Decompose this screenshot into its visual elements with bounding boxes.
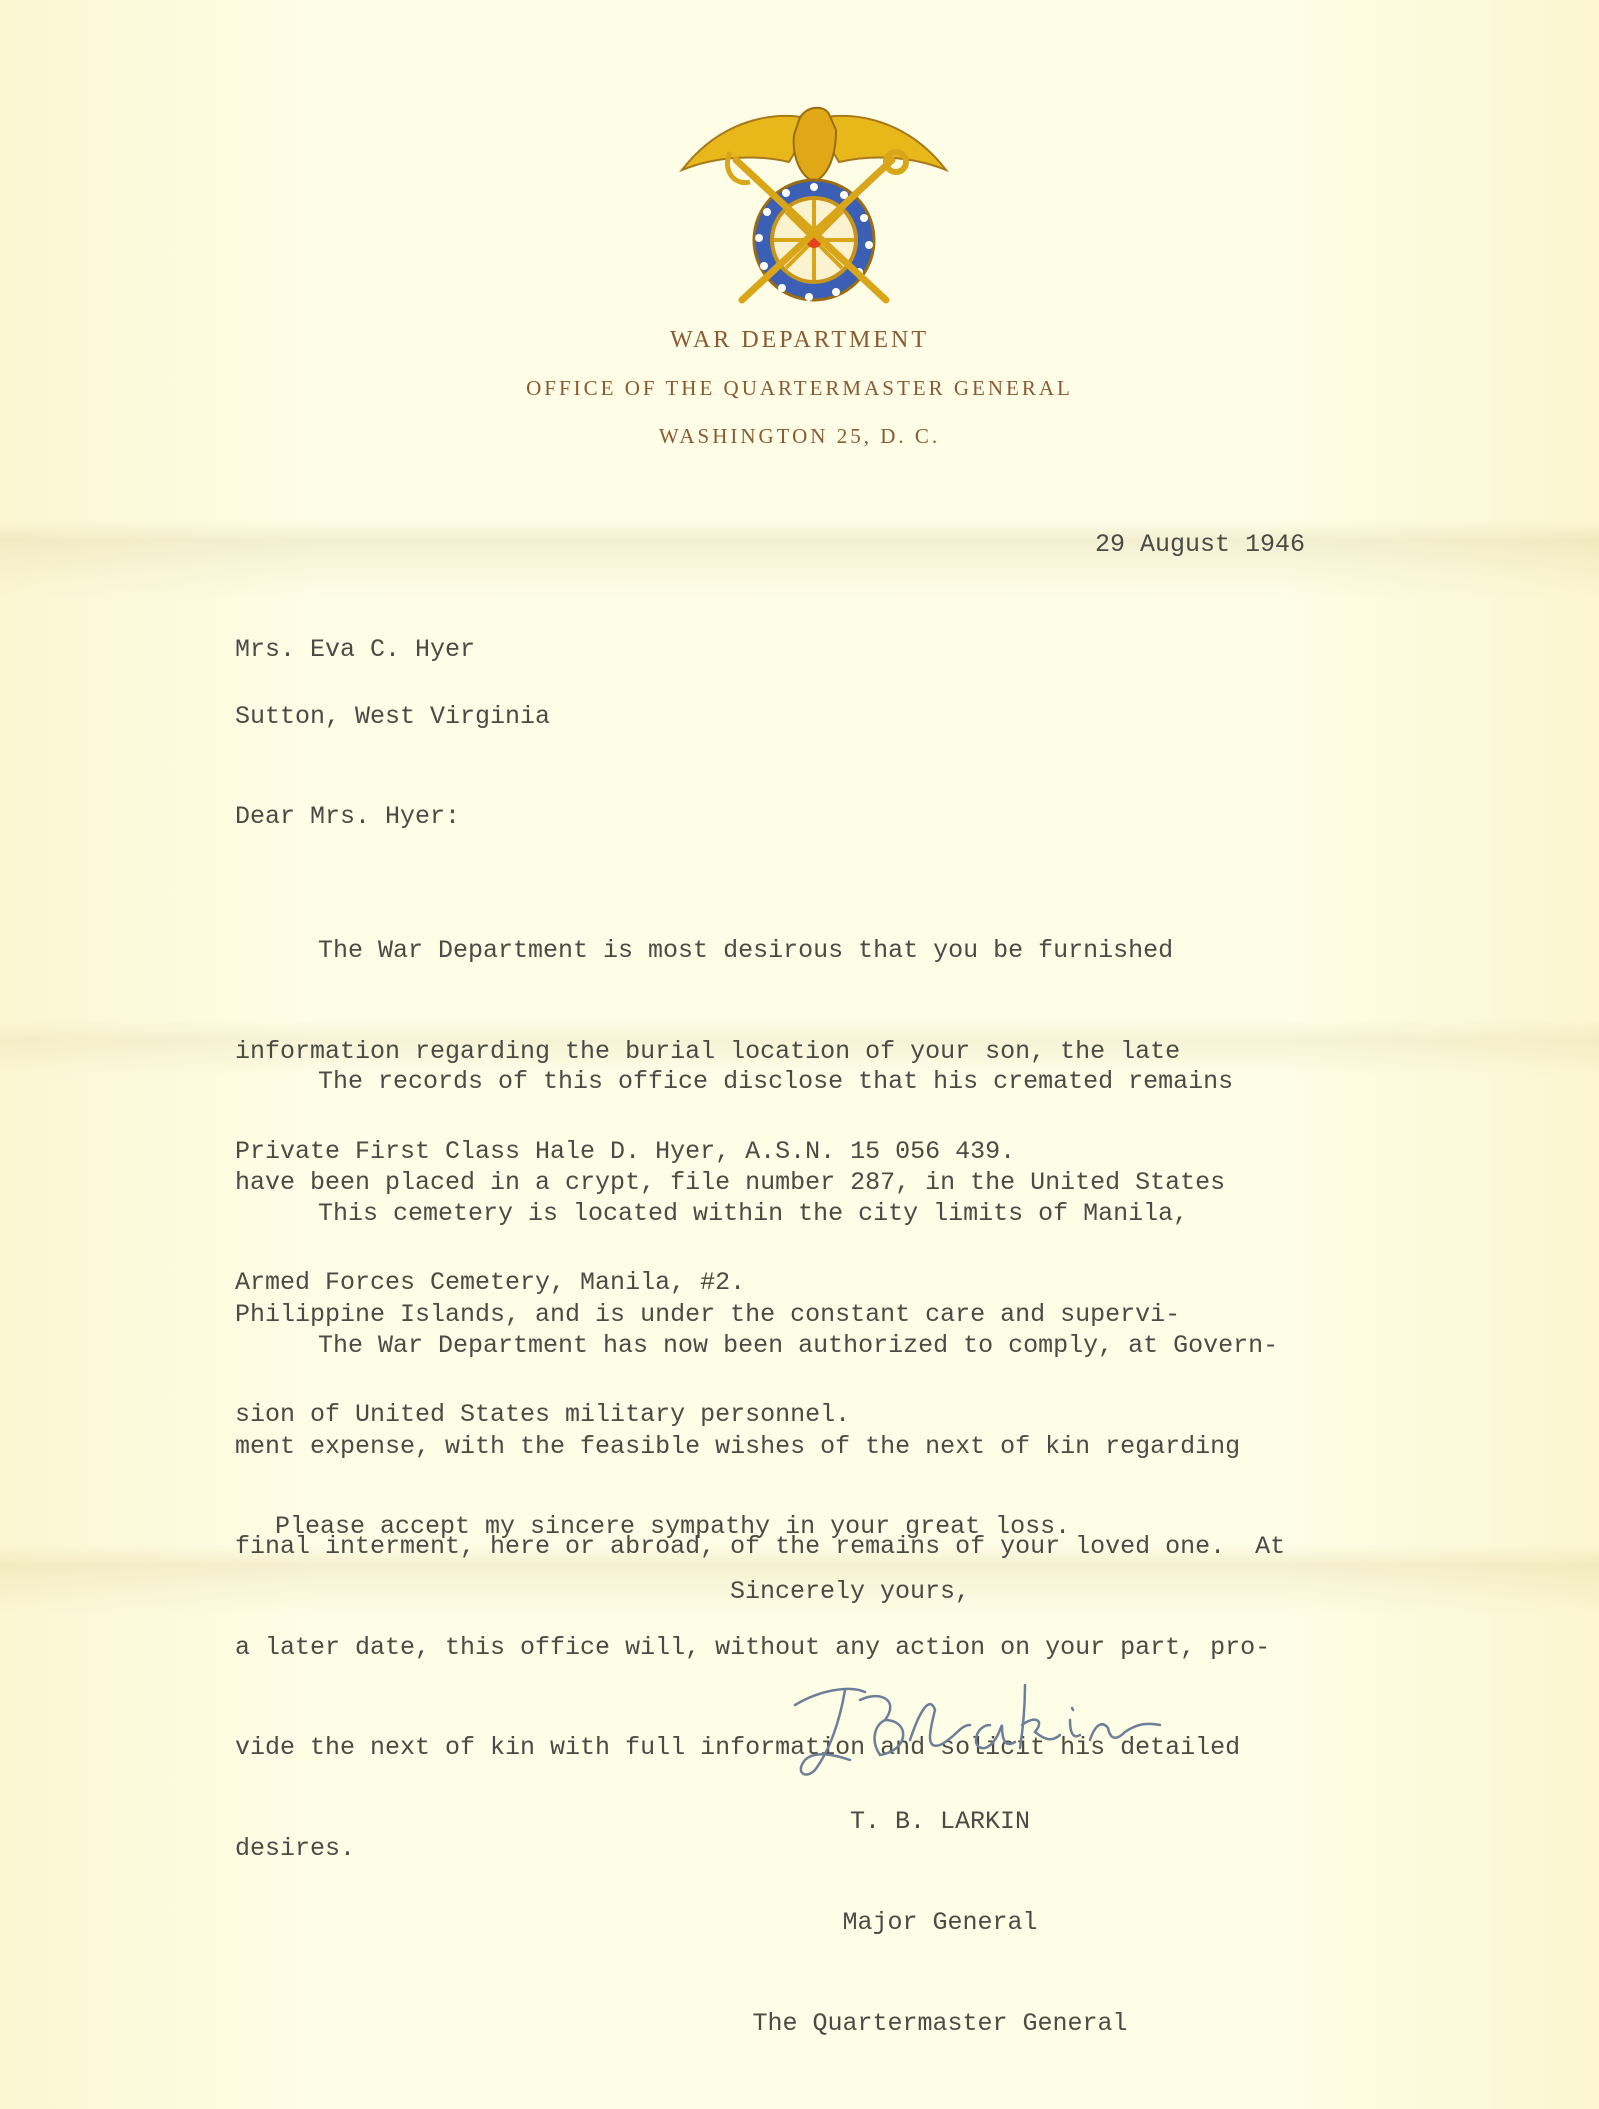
signer-name: T. B. LARKIN <box>730 1805 1150 1839</box>
paragraph-line: a later date, this office will, without … <box>235 1631 1285 1665</box>
paragraph-line: ment expense, with the feasible wishes o… <box>235 1430 1285 1464</box>
quartermaster-corps-emblem-icon <box>664 100 964 310</box>
signature-block: T. B. LARKIN Major General The Quarterma… <box>730 1738 1150 2075</box>
salutation: Dear Mrs. Hyer: <box>235 800 460 834</box>
signer-title: The Quartermaster General <box>730 2007 1150 2041</box>
paragraph-line: The records of this office disclose that… <box>235 1065 1233 1099</box>
paragraph-line: The War Department is most desirous that… <box>235 934 1180 968</box>
paragraph-line: This cemetery is located within the city… <box>235 1197 1188 1231</box>
closing: Sincerely yours, <box>730 1575 970 1609</box>
signer-rank: Major General <box>730 1906 1150 1940</box>
recipient-name: Mrs. Eva C. Hyer <box>235 633 475 667</box>
letterhead-address: WASHINGTON 25, D. C. <box>0 424 1599 449</box>
letterhead-office: OFFICE OF THE QUARTERMASTER GENERAL <box>0 376 1599 401</box>
letterhead-department: WAR DEPARTMENT <box>0 327 1599 354</box>
recipient-location: Sutton, West Virginia <box>235 700 550 734</box>
paragraph-line: The War Department has now been authoriz… <box>235 1329 1285 1363</box>
sympathy-line: Please accept my sincere sympathy in you… <box>275 1510 1070 1544</box>
letter-date: 29 August 1946 <box>1095 528 1305 562</box>
